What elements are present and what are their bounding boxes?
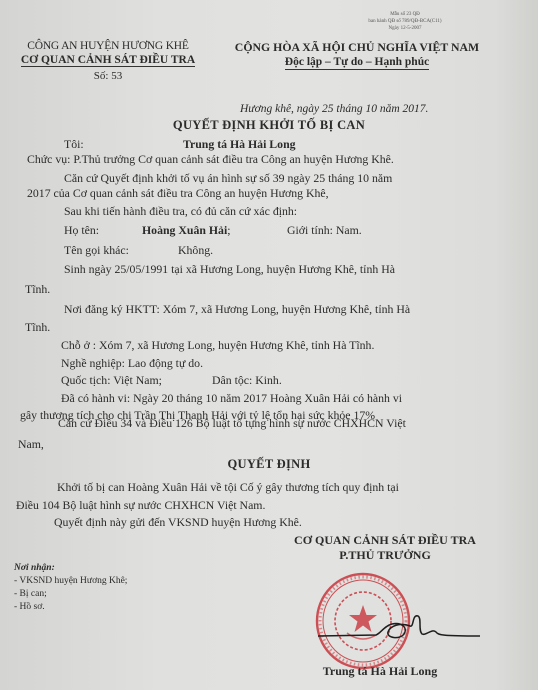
suspect-act-line1: Đã có hành vi: Ngày 20 tháng 10 năm 2017… <box>61 391 402 406</box>
suspect-alias: Không. <box>178 243 213 258</box>
signature-block: CƠ QUAN CẢNH SÁT ĐIỀU TRA P.THỦ TRƯỞNG <box>270 533 500 563</box>
department-name: CƠ QUAN CẢNH SÁT ĐIỀU TRA <box>8 53 208 67</box>
suspect-name-label: Họ tên: <box>64 223 99 238</box>
issuer-position: Chức vụ: P.Thủ trưởng Cơ quan cảnh sát đ… <box>27 152 394 167</box>
decision-line2: Điều 104 Bộ luật hình sự nước CHXHCN Việ… <box>16 498 265 513</box>
form-reference-line3: Ngày 12-5-2007 <box>345 25 465 32</box>
form-reference-line2: ban hành QĐ số 789/QĐ-BCA(C11) <box>345 18 465 25</box>
suspect-occupation: Nghề nghiệp: Lao động tự do. <box>61 356 203 371</box>
signature-title: P.THỦ TRƯỞNG <box>270 548 500 563</box>
national-header: CỘNG HÒA XÃ HỘI CHỦ NGHĨA VIỆT NAM Độc l… <box>222 40 492 70</box>
document-number: Số: 53 <box>8 69 208 83</box>
basis-2-line2: Nam, <box>18 437 44 452</box>
signer-name: Trung tá Hà Hải Long <box>300 664 460 679</box>
form-reference-line1: Mẫu số 23 QĐ <box>345 11 465 18</box>
agency-name: CÔNG AN HUYỆN HƯƠNG KHÊ <box>8 39 208 53</box>
recipient-item: - Hồ sơ. <box>14 601 127 614</box>
date-line: Hương khê, ngày 25 tháng 10 năm 2017. <box>240 103 428 115</box>
decision-title: QUYẾT ĐỊNH <box>0 457 538 472</box>
suspect-nationality: Quốc tịch: Việt Nam; <box>61 373 162 388</box>
investigation-intro: Sau khi tiến hành điều tra, có đủ căn cứ… <box>64 204 297 219</box>
decision-line3: Quyết định này gửi đến VKSND huyện Hương… <box>54 515 302 530</box>
issuing-agency-header: CÔNG AN HUYỆN HƯƠNG KHÊ CƠ QUAN CẢNH SÁT… <box>8 39 208 83</box>
recipient-item: - VKSND huyện Hương Khê; <box>14 575 127 588</box>
suspect-ethnicity: Dân tộc: Kinh. <box>212 373 282 388</box>
suspect-birth-line2: Tĩnh. <box>25 282 50 297</box>
recipients-list: Nơi nhận: - VKSND huyện Hương Khê; - Bị … <box>14 562 127 614</box>
basis-1-line2: 2017 của Cơ quan cảnh sát điều tra Công … <box>27 186 329 201</box>
suspect-registration-line1: Nơi đăng ký HKTT: Xóm 7, xã Hương Long, … <box>64 302 410 317</box>
recipient-item: - Bị can; <box>14 588 127 601</box>
issuer-label: Tôi: <box>64 137 84 152</box>
issuer-name: Trung tá Hà Hải Long <box>183 137 296 152</box>
suspect-gender: Giới tính: Nam. <box>287 223 362 238</box>
suspect-birth-line1: Sinh ngày 25/05/1991 tại xã Hương Long, … <box>64 262 395 277</box>
suspect-registration-line2: Tĩnh. <box>25 320 50 335</box>
signature-icon <box>318 610 480 644</box>
country-name: CỘNG HÒA XÃ HỘI CHỦ NGHĨA VIỆT NAM <box>222 40 492 54</box>
suspect-name: Hoàng Xuân Hải <box>142 223 227 237</box>
form-reference: Mẫu số 23 QĐ ban hành QĐ số 789/QĐ-BCA(C… <box>345 11 465 32</box>
basis-2-line1: Căn cứ Điều 34 và Điều 126 Bộ luật tố tụ… <box>58 416 406 431</box>
document-page: Mẫu số 23 QĐ ban hành QĐ số 789/QĐ-BCA(C… <box>0 0 538 690</box>
decision-line1: Khởi tố bị can Hoàng Xuân Hải về tội Cố … <box>57 480 399 495</box>
suspect-residence: Chỗ ở : Xóm 7, xã Hương Long, huyện Hươn… <box>61 338 374 353</box>
basis-1-line1: Căn cứ Quyết định khởi tố vụ án hình sự … <box>64 171 392 186</box>
recipients-title: Nơi nhận: <box>14 562 127 575</box>
suspect-name-wrap: Hoàng Xuân Hải; <box>142 223 231 238</box>
suspect-alias-label: Tên gọi khác: <box>64 243 129 258</box>
national-motto: Độc lập – Tự do – Hạnh phúc <box>285 55 429 70</box>
document-title: QUYẾT ĐỊNH KHỞI TỐ BỊ CAN <box>0 118 538 133</box>
signature-agency: CƠ QUAN CẢNH SÁT ĐIỀU TRA <box>270 533 500 548</box>
